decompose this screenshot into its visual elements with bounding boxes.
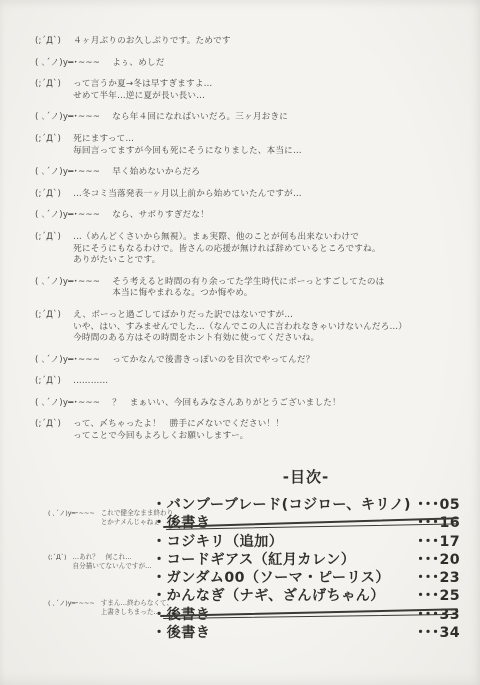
toc-item-page: 20 [439,551,460,569]
note-text: これで健全なまま終わり [101,509,174,518]
kaomoji-smoking: ( ､´ノ)y━･~~~ [35,355,100,367]
dialogue-entry: ( ､´ノ)y━･~~~ ？ まぁいい、今回もみなさんありがとうございました！ [35,398,459,410]
dialogue-text: …冬コミ当落発表一ヶ月以上前から始めていたんですが… [73,189,459,201]
margin-note: (;´Д`) …あれ？ 何これ… 自分描いてないんですが… [48,553,152,570]
dialogue-text: ありがたいことです。 [73,255,459,267]
dialogue-entry: ( ､´ノ)y━･~~~ よぅ、めしだ [35,58,459,70]
dialogue-text: 早く始めないからだろ [112,167,459,179]
dialogue-text: え、ボーっと過ごしてばかりだった訳ではないですが… [73,310,459,322]
dialogue-text: って言うか夏→冬は早すぎますよ… [73,79,459,91]
dialogue-entry: ( ､´ノ)y━･~~~ そう考えると時間の有り余ってた学生時代にボーっとすごし… [35,277,459,300]
toc-item-page: 05 [439,496,460,514]
dialogue-entry: (;´Д`) ………… [35,376,459,388]
toc-item-dots: ･･･ [417,624,439,642]
kaomoji-smoking: ( ､´ノ)y━･~~~ [35,58,100,70]
kaomoji-sweating: (;´Д`) [35,232,61,244]
toc-item-label: ・コジキリ（追加） [152,533,283,551]
dialogue-entry: (;´Д`) 死にますって… 毎回言ってますが今回も死にそうになりました、本当に… [35,134,459,157]
margin-note: ( ､´ノ)y━･~~~ これで健全なまま終わり とかナメんじゃねぇ [48,509,173,526]
kaomoji-sweating: (;´Д`) [35,310,61,322]
toc-item-dots: ･･･ [417,496,439,514]
dialogue-text: 毎回言ってますが今回も死にそうになりました、本当に… [73,146,459,158]
note-text: 自分描いてないんですが… [73,562,152,571]
toc-item-dots: ･･･ [417,587,439,605]
dialogue-text: せめて半年…逆に夏が長い長い… [73,91,459,103]
dialogue-section: (;´Д`) ４ヶ月ぶりのお久しぶりです。ためです ( ､´ノ)y━･~~~ よ… [35,36,459,453]
dialogue-entry: (;´Д`) って、〆ちゃったよ！ 勝手に〆ないでください！！ ってことで今回も… [35,419,459,442]
toc-item-page: 25 [439,587,460,605]
kaomoji-sweating: (;´Д`) [48,553,67,562]
toc-item-dots: ･･･ [417,569,439,587]
dialogue-entry: (;´Д`) …（めんどくさいから無視）。まぁ実際、他のことが何も出来ないわけで… [35,232,459,267]
toc-row-code-geass: ・コードギアス（紅月カレン） ･･･ 20 [152,551,460,569]
toc-item-dots: ･･･ [417,533,439,551]
kaomoji-smoking: ( ､´ノ)y━･~~~ [35,210,100,222]
kaomoji-smoking: ( ､´ノ)y━･~~~ [35,167,100,179]
dialogue-text: ………… [73,376,459,388]
toc-item-label: ・ガンダム00（ソーマ・ピーリス） [152,569,390,587]
kaomoji-sweating: (;´Д`) [35,189,61,201]
dialogue-text: そう考えると時間の有り余ってた学生時代にボーっとすごしてたのは [112,277,459,289]
dialogue-text: 死にますって… [73,134,459,146]
dialogue-text: ってことで今回もよろしくお願いしますー。 [73,431,459,443]
kaomoji-smoking: ( ､´ノ)y━･~~~ [48,599,95,608]
note-text: …あれ？ 何これ… [73,553,152,562]
note-text: すまん…終わらなくて、 [101,599,173,608]
toc-row-gundam00: ・ガンダム00（ソーマ・ピーリス） ･･･ 23 [152,569,460,587]
kaomoji-smoking: ( ､´ノ)y━･~~~ [48,509,95,518]
kaomoji-smoking: ( ､´ノ)y━･~~~ [35,398,100,410]
dialogue-text: 今時間のある方はその時間をホント有効に使ってくださいね。 [73,333,459,345]
dialogue-text: ？ まぁいい、今回もみなさんありがとうございました！ [112,398,459,410]
kaomoji-sweating: (;´Д`) [35,376,61,388]
dialogue-text: 本当に悔やまれるな。つか悔やめ。 [112,288,459,300]
toc-row-kojikiri: ・コジキリ（追加） ･･･ 17 [152,533,460,551]
toc-item-label: ・バンブーブレード(コジロー、キリノ) [152,496,411,514]
dialogue-text: よぅ、めしだ [112,58,459,70]
dialogue-entry: ( ､´ノ)y━･~~~ なら、サボりすぎだな！ [35,210,459,222]
dialogue-text: いや、はい、すみませんでした…（なんでこの人に言われなきゃいけないんだろ…） [73,322,459,334]
dialogue-text: なら、サボりすぎだな！ [112,210,459,222]
dialogue-entry: (;´Д`) ４ヶ月ぶりのお久しぶりです。ためです [35,36,459,48]
dialogue-entry: ( ､´ノ)y━･~~~ なら年４回になればいいだろ。三ヶ月おきに [35,112,459,124]
toc-item-page: 23 [439,569,460,587]
toc-item-label: ・かんなぎ（ナギ、ざんげちゃん） [152,587,385,605]
toc-item-label: ・後書き [152,624,210,642]
dialogue-text: 死にそうにもなるわけで。皆さんの応援が無ければ辞めているところですね。 [73,244,459,256]
kaomoji-sweating: (;´Д`) [35,419,61,431]
kaomoji-smoking: ( ､´ノ)y━･~~~ [35,112,100,124]
dialogue-text: って、〆ちゃったよ！ 勝手に〆ないでください！！ [73,419,459,431]
toc-row-kannagi: ・かんなぎ（ナギ、ざんげちゃん） ･･･ 25 [152,587,460,605]
dialogue-entry: (;´Д`) え、ボーっと過ごしてばかりだった訳ではないですが… いや、はい、す… [35,310,459,345]
kaomoji-sweating: (;´Д`) [35,134,61,146]
scanned-afterword-page: (;´Д`) ４ヶ月ぶりのお久しぶりです。ためです ( ､´ノ)y━･~~~ よ… [0,0,480,685]
dialogue-text: …（めんどくさいから無視）。まぁ実際、他のことが何も出来ないわけで [73,232,459,244]
note-text: とかナメんじゃねぇ [101,518,174,527]
toc-item-label: ・コードギアス（紅月カレン） [152,551,355,569]
toc-item-page: 34 [439,624,460,642]
dialogue-entry: (;´Д`) って言うか夏→冬は早すぎますよ… せめて半年…逆に夏が長い長い… [35,79,459,102]
margin-note: ( ､´ノ)y━･~~~ すまん…終わらなくて、 上書きしちまった… [48,599,173,616]
kaomoji-smoking: ( ､´ノ)y━･~~~ [35,277,100,289]
dialogue-text: ってかなんで後書きっぽいのを目次でやってんだ？ [112,355,459,367]
toc-item-page: 17 [439,533,460,551]
toc-title: -目次- [152,466,460,487]
toc-row-bamboo-blade: ・バンブーブレード(コジロー、キリノ) ･･･ 05 [152,496,460,514]
toc-item-dots: ･･･ [417,551,439,569]
dialogue-entry: (;´Д`) …冬コミ当落発表一ヶ月以上前から始めていたんですが… [35,189,459,201]
kaomoji-sweating: (;´Д`) [35,79,61,91]
dialogue-entry: ( ､´ノ)y━･~~~ 早く始めないからだろ [35,167,459,179]
kaomoji-sweating: (;´Д`) [35,36,61,48]
toc-row-afterword: ・後書き ･･･ 34 [152,624,460,642]
dialogue-text: ４ヶ月ぶりのお久しぶりです。ためです [73,36,459,48]
dialogue-entry: ( ､´ノ)y━･~~~ ってかなんで後書きっぽいのを目次でやってんだ？ [35,355,459,367]
dialogue-text: なら年４回になればいいだろ。三ヶ月おきに [112,112,459,124]
